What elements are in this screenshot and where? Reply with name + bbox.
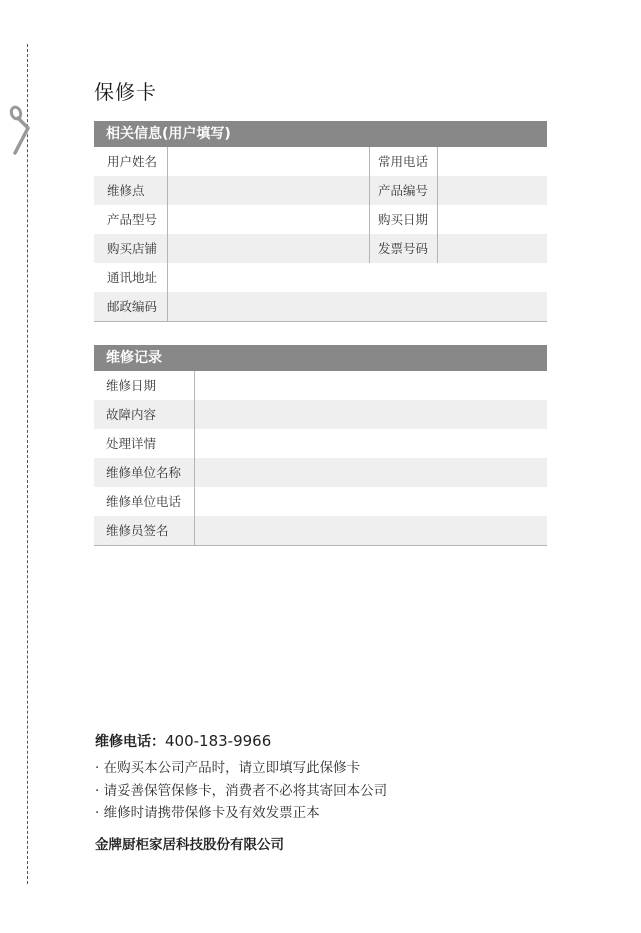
field-label: 购买店铺	[107, 234, 157, 263]
field-label: 通讯地址	[107, 263, 157, 292]
store-field[interactable]	[168, 234, 369, 263]
table-row: 维修点 产品编号	[94, 176, 547, 205]
user-name-field[interactable]	[168, 147, 369, 176]
field-label: 发票号码	[378, 234, 428, 263]
field-label: 处理详情	[106, 429, 156, 458]
repair-record-section: 维修记录 维修日期 故障内容 处理详情 维修单位名称 维修单位电话 维修员签名	[94, 345, 547, 546]
handling-details-field[interactable]	[195, 429, 547, 458]
field-label: 维修单位电话	[106, 487, 181, 516]
hotline-label: 维修电话：	[95, 734, 165, 750]
field-label: 产品编号	[378, 176, 428, 205]
user-info-section: 相关信息(用户填写) 用户姓名 常用电话 维修点 产品编号 产品型号 购买日期 …	[94, 121, 547, 322]
table-row: 维修单位电话	[94, 487, 547, 516]
technician-signature-field[interactable]	[195, 516, 547, 545]
postal-code-field[interactable]	[168, 292, 547, 321]
table-row: 产品型号 购买日期	[94, 205, 547, 234]
table-row: 故障内容	[94, 400, 547, 429]
table-row: 维修单位名称	[94, 458, 547, 487]
product-model-field[interactable]	[168, 205, 369, 234]
section-header: 维修记录	[94, 345, 547, 371]
table-row: 处理详情	[94, 429, 547, 458]
table-row: 用户姓名 常用电话	[94, 147, 547, 176]
repair-unit-name-field[interactable]	[195, 458, 547, 487]
notes-list: · 在购买本公司产品时，请立即填写此保修卡 · 请妥善保管保修卡，消费者不必将其…	[95, 757, 387, 825]
divider	[369, 234, 370, 263]
table-row: 通讯地址	[94, 263, 547, 292]
table-bottom-border	[94, 321, 547, 322]
page-title: 保修卡	[94, 76, 157, 105]
divider	[369, 176, 370, 205]
repair-date-field[interactable]	[195, 371, 547, 400]
divider	[369, 147, 370, 176]
table-row: 购买店铺 发票号码	[94, 234, 547, 263]
field-label: 故障内容	[106, 400, 156, 429]
company-name: 金牌厨柜家居科技股份有限公司	[95, 833, 387, 853]
field-label: 购买日期	[378, 205, 428, 234]
invoice-number-field[interactable]	[438, 234, 547, 263]
repair-unit-phone-field[interactable]	[195, 487, 547, 516]
cut-line	[27, 44, 28, 884]
field-label: 维修单位名称	[106, 458, 181, 487]
note-item: · 在购买本公司产品时，请立即填写此保修卡	[95, 757, 387, 780]
scissors-icon	[8, 104, 32, 156]
table-row: 维修员签名	[94, 516, 547, 545]
note-item: · 请妥善保管保修卡，消费者不必将其寄回本公司	[95, 780, 387, 803]
table-row: 维修日期	[94, 371, 547, 400]
field-label: 产品型号	[107, 205, 157, 234]
product-serial-field[interactable]	[438, 176, 547, 205]
field-label: 用户姓名	[107, 147, 157, 176]
section-header: 相关信息(用户填写)	[94, 121, 547, 147]
service-point-field[interactable]	[168, 176, 369, 205]
hotline-number: 400-183-9966	[165, 732, 271, 750]
address-field[interactable]	[168, 263, 547, 292]
field-label: 维修员签名	[106, 516, 169, 545]
purchase-date-field[interactable]	[438, 205, 547, 234]
phone-field[interactable]	[438, 147, 547, 176]
field-label: 邮政编码	[107, 292, 157, 321]
table-bottom-border	[94, 545, 547, 546]
field-label: 维修日期	[106, 371, 156, 400]
hotline: 维修电话：400-183-9966	[95, 731, 387, 751]
divider	[369, 205, 370, 234]
note-item: · 维修时请携带保修卡及有效发票正本	[95, 802, 387, 825]
fault-content-field[interactable]	[195, 400, 547, 429]
field-label: 维修点	[107, 176, 145, 205]
footer: 维修电话：400-183-9966 · 在购买本公司产品时，请立即填写此保修卡 …	[95, 731, 387, 853]
table-row: 邮政编码	[94, 292, 547, 321]
field-label: 常用电话	[378, 147, 428, 176]
